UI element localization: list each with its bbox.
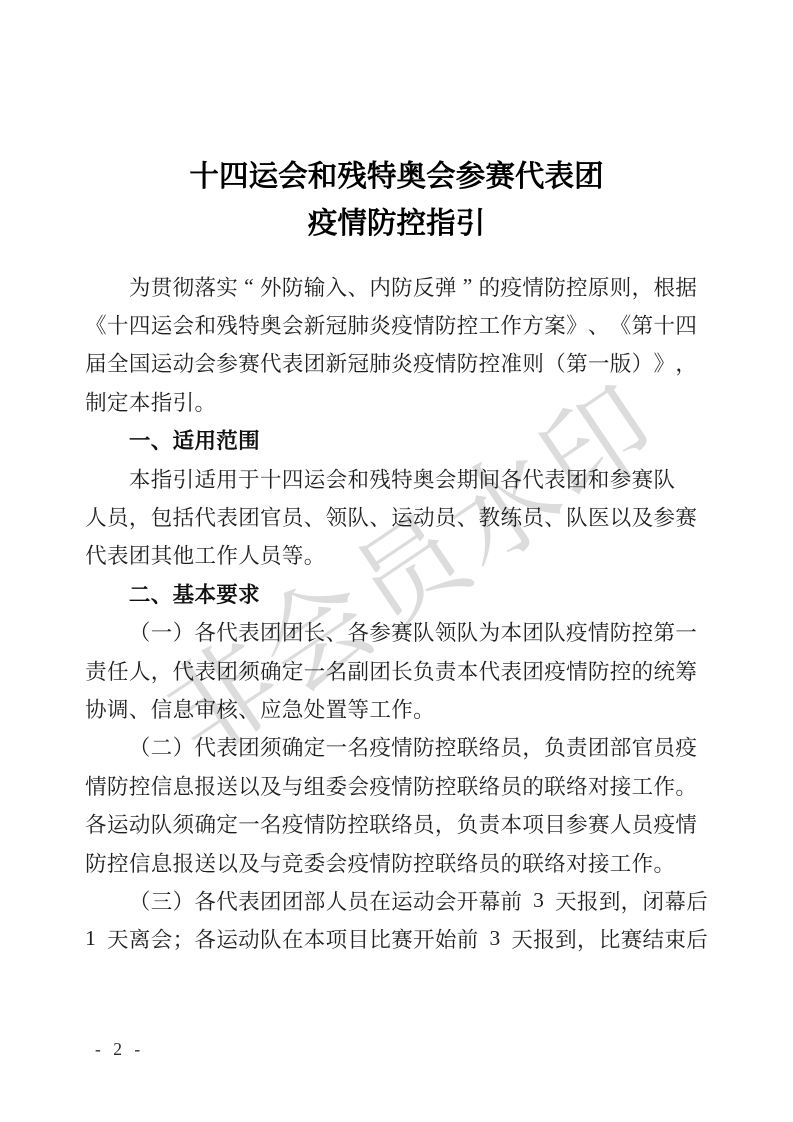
text-line: 制定本指引。 [85, 382, 699, 420]
section-heading: 一、适用范围 [85, 421, 699, 459]
document-title-line-1: 十四运会和残特奥会参赛代表团 [0, 150, 793, 197]
text-line: （二）代表团须确定一名疫情防控联络员，负责团部官员疫 [85, 728, 699, 766]
section-heading: 二、基本要求 [85, 574, 699, 612]
text-line: 1 天离会；各运动队在本项目比赛开始前 3 天报到，比赛结束后 [85, 920, 699, 958]
text-line: 《十四运会和残特奥会新冠肺炎疫情防控工作方案》、《第十四 [85, 305, 699, 343]
text-line: 防控信息报送以及与竞委会疫情防控联络员的联络对接工作。 [85, 843, 699, 881]
text-line: 届全国运动会参赛代表团新冠肺炎疫情防控准则（第一版）》， [85, 344, 699, 382]
text-line: 人员，包括代表团官员、领队、运动员、教练员、队医以及参赛 [85, 497, 699, 535]
text-line: （一）各代表团团长、各参赛队领队为本团队疫情防控第一 [85, 613, 699, 651]
document-title-line-2: 疫情防控指引 [0, 197, 793, 244]
text-line: （三）各代表团团部人员在运动会开幕前 3 天报到，闭幕后 [85, 881, 699, 919]
text-line: 各运动队须确定一名疫情防控联络员，负责本项目参赛人员疫情 [85, 804, 699, 842]
text-line: 协调、信息审核、应急处置等工作。 [85, 689, 699, 727]
text-line: 本指引适用于十四运会和残特奥会期间各代表团和参赛队 [85, 459, 699, 497]
text-line: 代表团其他工作人员等。 [85, 536, 699, 574]
page-number: - 2 - [95, 1039, 144, 1060]
text-line: 责任人，代表团须确定一名副团长负责本代表团疫情防控的统筹 [85, 651, 699, 689]
document-body: 为贯彻落实“外防输入、内防反弹”的疫情防控原则，根据《十四运会和残特奥会新冠肺炎… [85, 267, 699, 958]
document-title: 十四运会和残特奥会参赛代表团 疫情防控指引 [0, 150, 793, 244]
text-line: 为贯彻落实“外防输入、内防反弹”的疫情防控原则，根据 [85, 267, 699, 305]
document-page: 非会员水印 十四运会和残特奥会参赛代表团 疫情防控指引 为贯彻落实“外防输入、内… [0, 0, 793, 1122]
text-line: 情防控信息报送以及与组委会疫情防控联络员的联络对接工作。 [85, 766, 699, 804]
